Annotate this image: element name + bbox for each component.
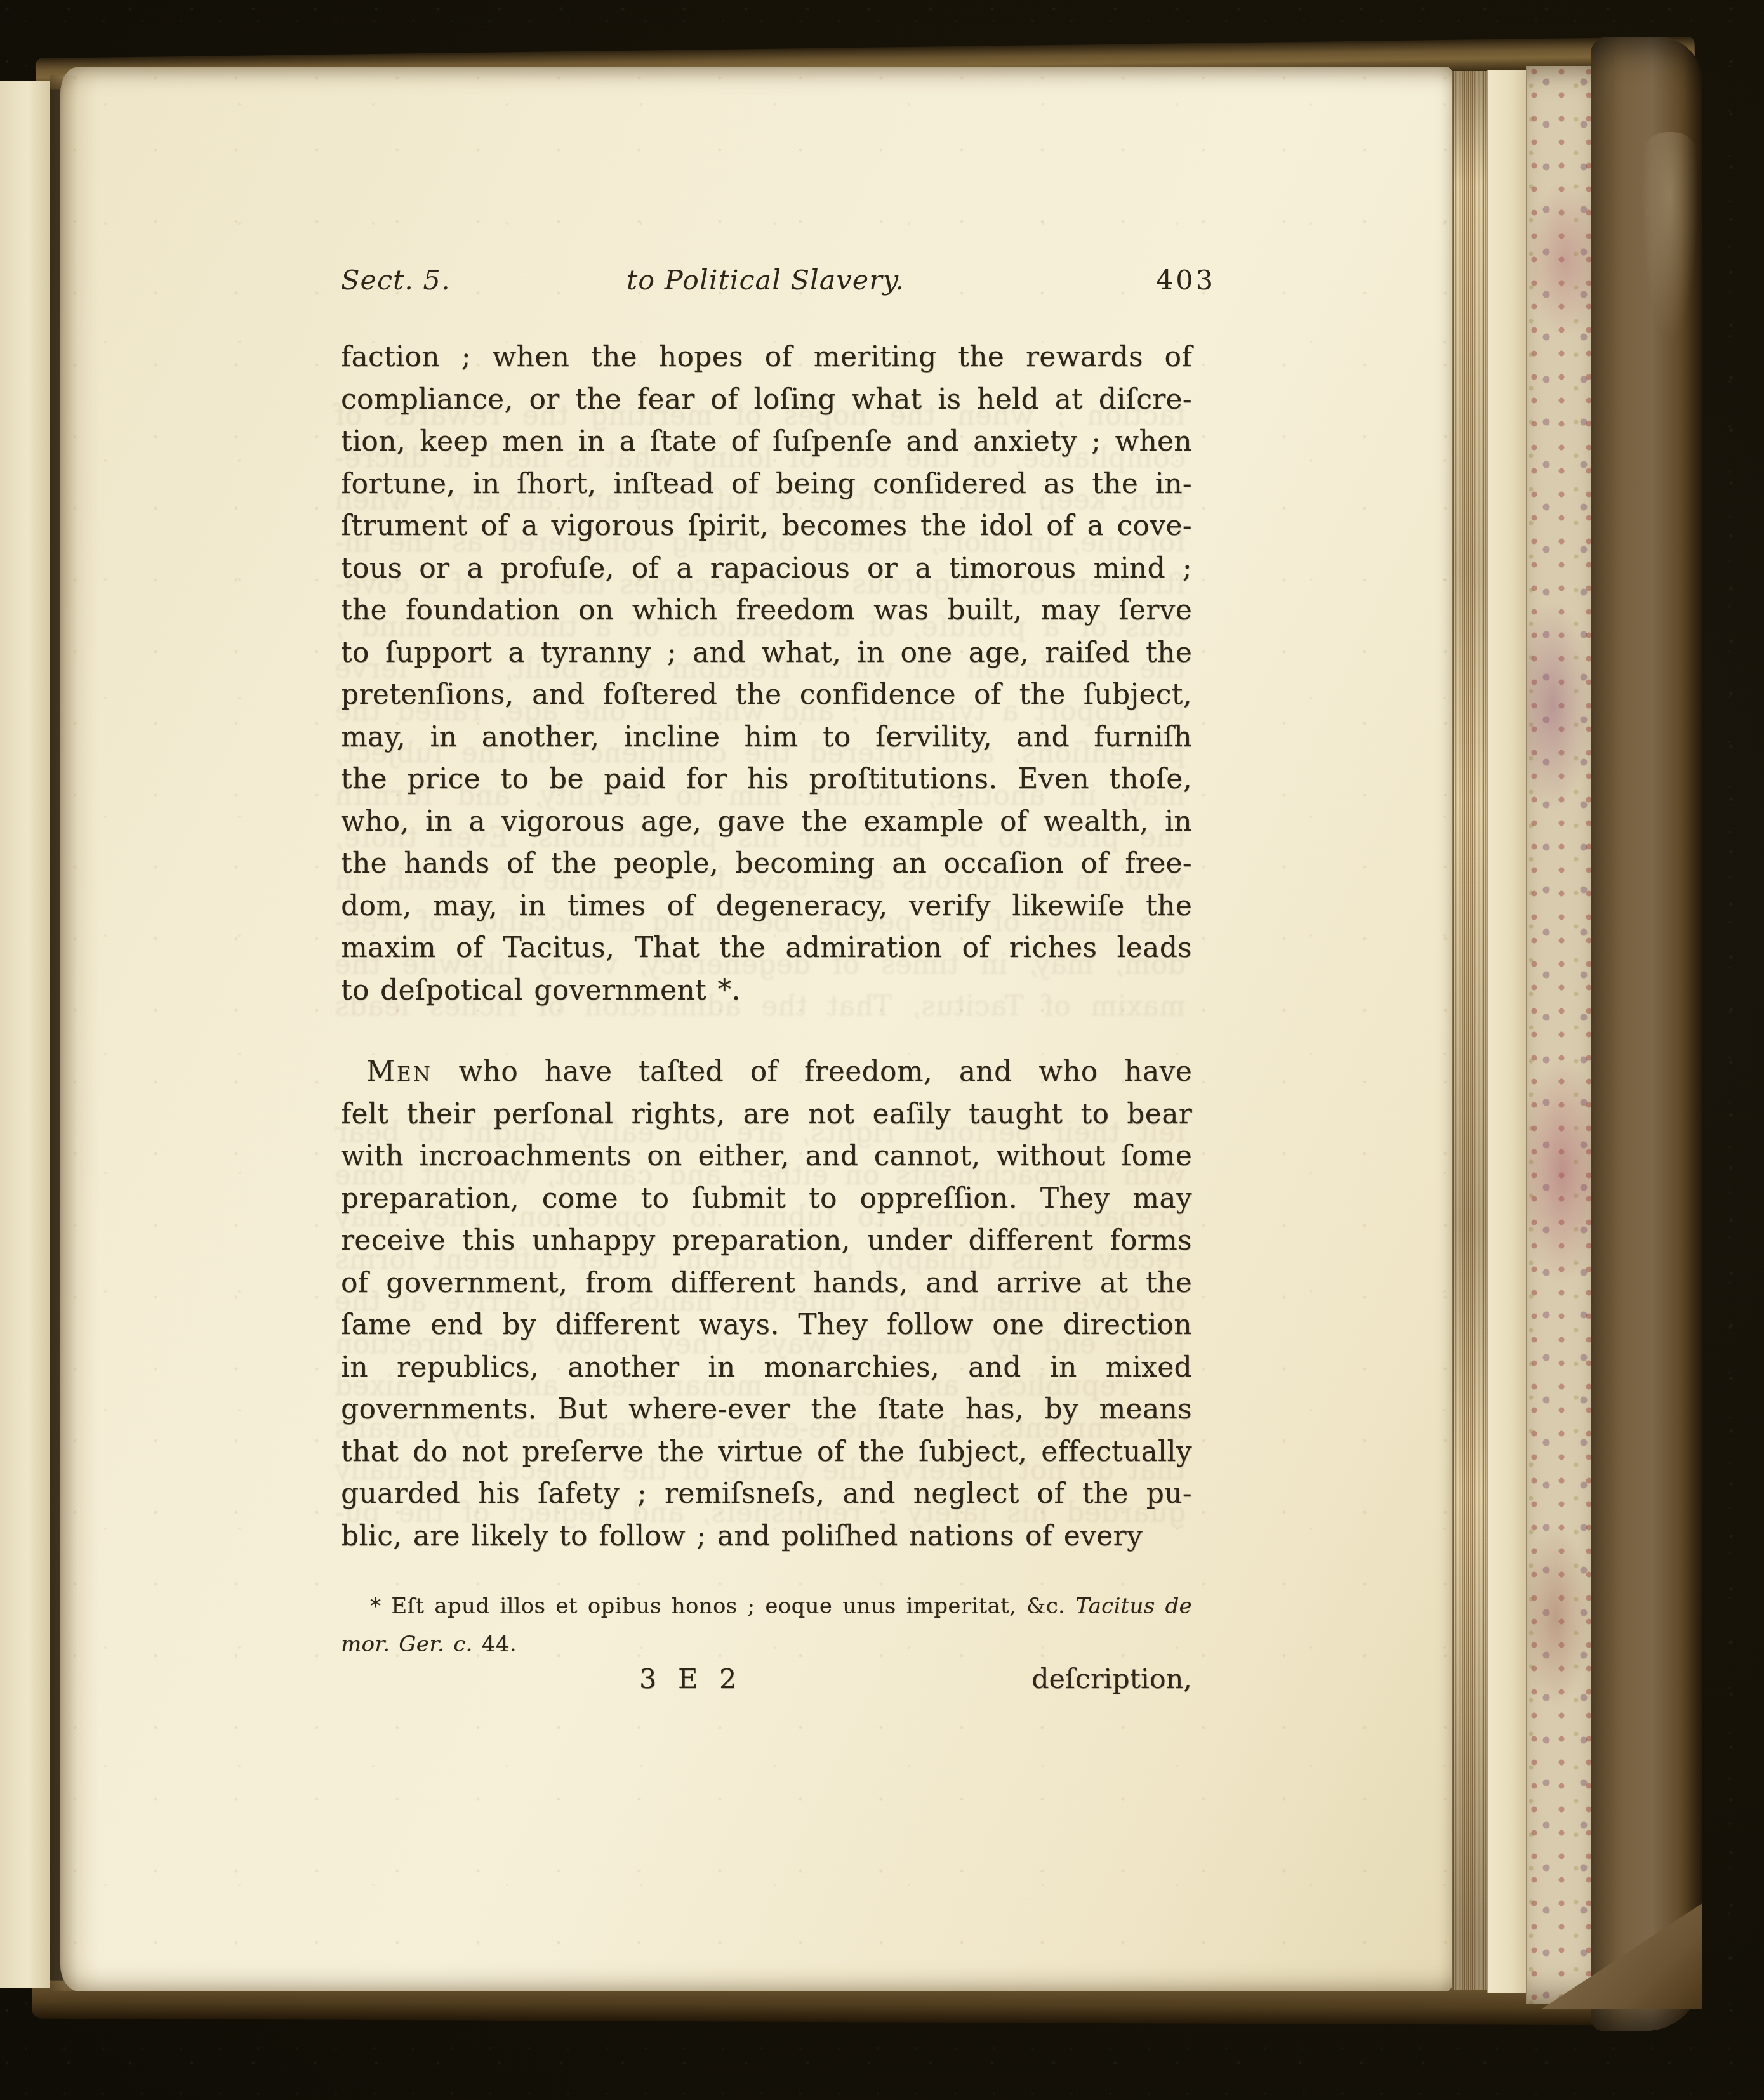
text-line: of government, from different hands, and… — [341, 1262, 1192, 1305]
page-number: 403 — [1156, 263, 1216, 298]
text-line: felt their perſonal rights, are not eaſi… — [341, 1093, 1192, 1136]
endpaper-edge — [1487, 70, 1527, 1993]
facing-page-edge — [0, 81, 50, 1988]
footnote-marker: * — [370, 1594, 381, 1619]
catchword: deſcription, — [1031, 1660, 1192, 1698]
text-line: pretenſions, and foſtered the confidence… — [341, 674, 1192, 717]
text-line: the price to be paid for his proſtitutio… — [341, 758, 1192, 801]
text-line: maxim of Tacitus, That the admiration of… — [341, 927, 1192, 970]
text-line: faction ; when the hopes of meriting the… — [341, 336, 1192, 379]
footnote-text: 44. — [482, 1632, 517, 1657]
text-line: compliance, or the fear of loſing what i… — [341, 379, 1192, 421]
text-line: receive this unhappy preparation, under … — [341, 1220, 1192, 1262]
text-line: the foundation on which freedom was buil… — [341, 590, 1192, 632]
text-line: governments. But where-ever the ſtate ha… — [341, 1389, 1192, 1431]
page-edges-stack — [1452, 71, 1488, 1990]
text-line: guarded his ſafety ; remiſsneſs, and neg… — [341, 1473, 1192, 1516]
text-line: to deſpotical government *. — [341, 970, 1192, 1012]
text-line: Men who have taſted of freedom, and who … — [341, 1051, 1192, 1093]
text-line: tous or a profuſe, of a rapacious or a t… — [341, 548, 1192, 590]
photograph-of-open-book: faction ; when the hopes of meriting the… — [0, 0, 1764, 2100]
book-page: faction ; when the hopes of meriting the… — [60, 67, 1452, 1991]
text-line: preparation, come to ſubmit to oppreſſio… — [341, 1178, 1192, 1220]
text-line: in republics, another in monarchies, and… — [341, 1347, 1192, 1389]
footnote-text: Eſt apud illos et opibus honos ; eoque u… — [391, 1594, 1065, 1619]
text-line: tion, keep men in a ſtate of ſuſpenſe an… — [341, 421, 1192, 463]
text-line: may, in another, incline him to ſervilit… — [341, 717, 1192, 759]
footnote-line: * Eſt apud illos et opibus honos ; eoque… — [341, 1587, 1192, 1625]
paragraph-1: faction ; when the hopes of meriting the… — [341, 336, 1192, 1012]
text-line: who, in a vigorous age, gave the example… — [341, 801, 1192, 843]
page-header: Sect. 5. to Political Slavery. 403 — [341, 263, 1216, 301]
text-line: ſame end by different ways. They follow … — [341, 1304, 1192, 1347]
text-line: that do not preſerve the virtue of the ſ… — [341, 1431, 1192, 1474]
smallcaps-lead-word: Men — [366, 1055, 432, 1088]
text-line: the hands of the people, becoming an occ… — [341, 843, 1192, 885]
footnote-line: mor. Ger. c. 44. — [341, 1625, 1192, 1663]
marbled-endpaper-edge — [1526, 66, 1591, 2004]
leather-cover-right-board — [1591, 37, 1702, 2031]
press-signature: 3 E 2 — [639, 1660, 743, 1698]
text-line: blic, are likely to follow ; and poliſhe… — [341, 1516, 1192, 1558]
text-line: to ſupport a tyranny ; and what, in one … — [341, 632, 1192, 675]
footnote: * Eſt apud illos et opibus honos ; eoque… — [341, 1587, 1192, 1663]
running-title: to Political Slavery. — [341, 263, 1190, 298]
text-line: dom, may, in times of degeneracy, verify… — [341, 885, 1192, 928]
text-line-rest: who have taſted of freedom, and who have — [459, 1055, 1192, 1088]
signature-line: 3 E 2 deſcription, — [341, 1660, 1192, 1700]
footnote-reference: Tacitus de — [1075, 1594, 1192, 1619]
paragraph-2: Men who have taſted of freedom, and who … — [341, 1051, 1192, 1557]
text-line: with incroachments on either, and cannot… — [341, 1135, 1192, 1178]
footnote-reference: mor. Ger. c. — [341, 1632, 473, 1657]
text-line: fortune, in ſhort, inſtead of being conſ… — [341, 463, 1192, 506]
text-line: ſtrument of a vigorous ſpirit, becomes t… — [341, 505, 1192, 548]
